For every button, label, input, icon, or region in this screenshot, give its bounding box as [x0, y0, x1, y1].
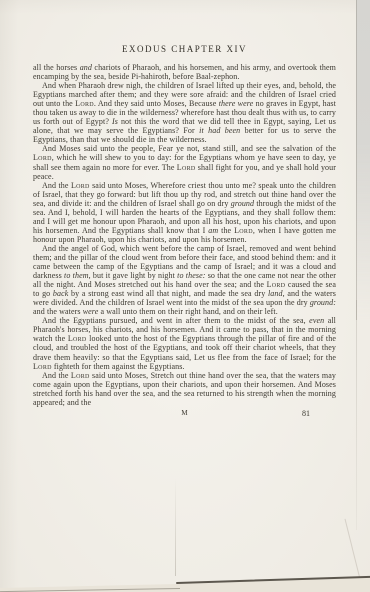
paragraph: And the angel of God, which went before … [33, 244, 336, 316]
book-page-scan: EXODUS CHAPTER XIV all the horses and ch… [0, 0, 370, 592]
page-corner-fold [345, 519, 361, 579]
signature-mark: M [181, 409, 187, 417]
paragraph: all the horses and chariots of Pharaoh, … [33, 63, 336, 81]
paragraph: And Moses said unto the people, Fear ye … [33, 144, 336, 180]
page-number: 81 [302, 409, 310, 418]
paragraph: And when Pharaoh drew nigh, the children… [33, 81, 336, 144]
paragraph: And the Lord said unto Moses, Wherefore … [33, 181, 336, 244]
paragraph: And the Egyptians pursued, and went in a… [33, 316, 336, 370]
page-footer: M 81 [33, 409, 336, 419]
chapter-title: EXODUS CHAPTER XIV [33, 44, 336, 54]
paragraph: And the Lord said unto Moses, Stretch ou… [33, 371, 336, 407]
body-text: all the horses and chariots of Pharaoh, … [33, 63, 336, 407]
page-crease [175, 478, 176, 576]
page: EXODUS CHAPTER XIV all the horses and ch… [0, 0, 370, 419]
